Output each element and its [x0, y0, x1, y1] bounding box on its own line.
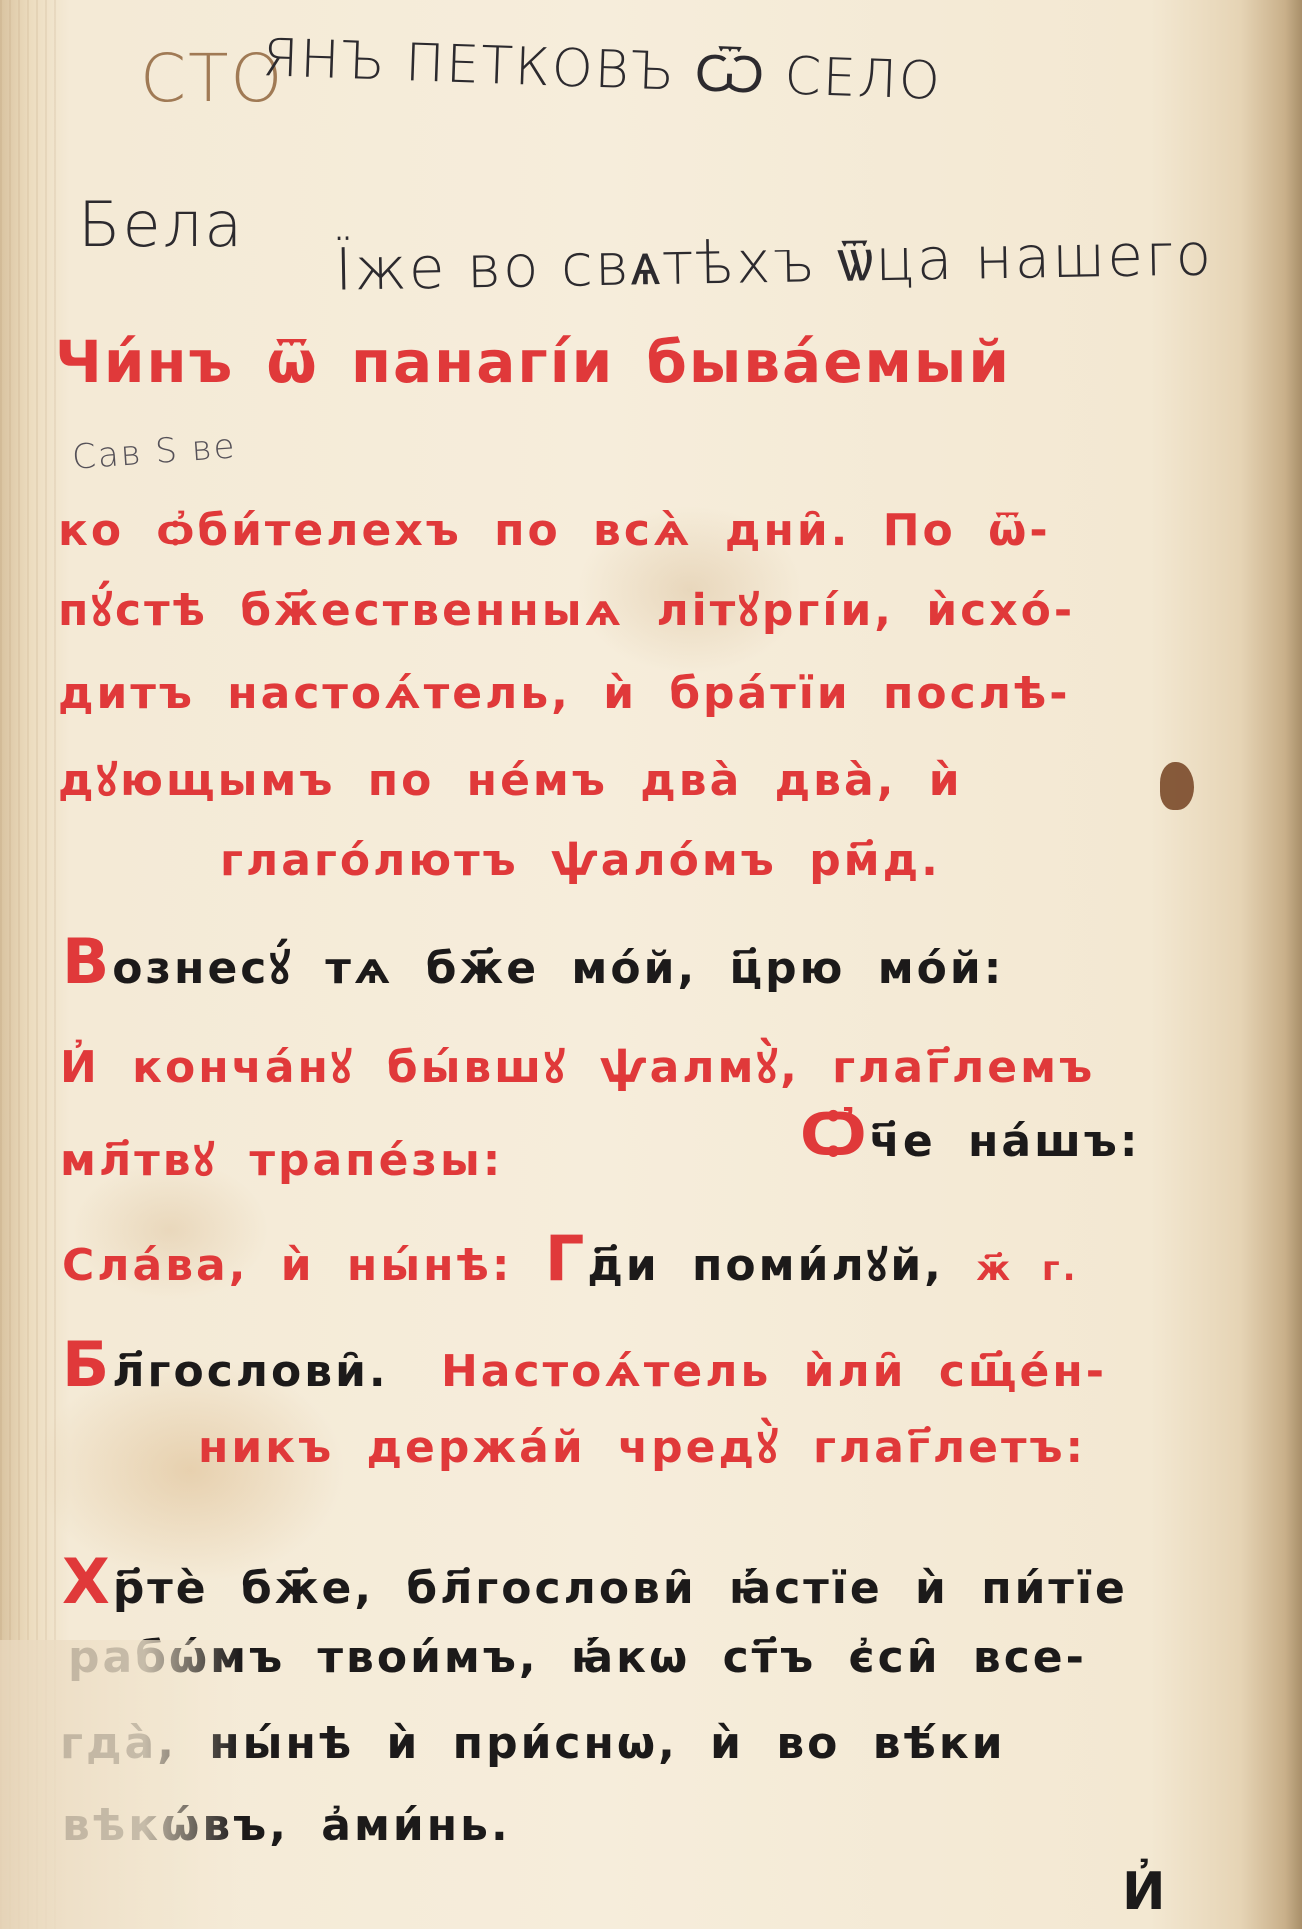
rubric2-line-1: И҆ конча́нꙋ бы́вшꙋ ѱалмꙋ̀, глаг҃лемъ	[60, 1035, 1095, 1095]
handwritten-note-bela: Бела	[78, 188, 244, 261]
our-father-text: ч҃е на́шъ:	[870, 1116, 1141, 1167]
glory-text: Сла́ва, ѝ ны́нѣ:	[62, 1240, 513, 1291]
rubric-priest-text: Настоѧ́тель ѝли̑ сщ҃е́н-	[441, 1346, 1107, 1397]
rubric2-line-2: мл҃твꙋ трапе́зы:	[60, 1128, 503, 1188]
prayer-line-2: рабѡ́мъ твои́мъ, ꙗ҆́кѡ ст҃ъ є҆си̑ все-	[68, 1632, 1087, 1683]
rubric3-line: никъ держа́й чредꙋ̀ глаг҃летъ:	[198, 1415, 1086, 1475]
ink-stain	[1160, 762, 1194, 810]
drop-cap: Х	[62, 1545, 113, 1618]
lord-have-mercy-text: д҃и поми́лꙋй,	[587, 1240, 944, 1291]
glory-line: Сла́ва, ѝ ны́нѣ: Гд҃и поми́лꙋй, ж҃ г.	[62, 1222, 1079, 1295]
scanned-book-page: СТО ЯНЪ ПЕТКОВЪ Ѿ СЕЛО Бела Їже во свѧтѣ…	[0, 0, 1302, 1929]
rubric-line-2: пꙋ́стѣ бж҃ественныѧ літꙋргі́и, ѝсхо́-	[58, 578, 1075, 638]
prayer-line-3: гда̀, ны́нѣ ѝ при́снѡ, ѝ во вѣ́ки	[60, 1718, 1006, 1769]
prayer-text: р҃тѐ бж҃е, бл҃гослови̑ ꙗ҆́стїе ѝ пи́тїе	[113, 1563, 1128, 1614]
our-father-line: Ѻ҆ч҃е на́шъ:	[800, 1098, 1140, 1171]
catchword: И҆	[1122, 1862, 1169, 1922]
drop-cap: Б	[62, 1328, 112, 1401]
rubric-line-5: глаго́лютъ ѱало́мъ рм҃д.	[220, 835, 941, 886]
psalm-line: Вознесꙋ́ тѧ бж҃е мо́й, ц҃рю мо́й:	[62, 925, 1004, 998]
psalm-text: ознесꙋ́ тѧ бж҃е мо́й, ц҃рю мо́й:	[112, 943, 1004, 994]
handwritten-margin-note: Сав Ѕ ве	[71, 426, 238, 477]
page-title: Чи́нъ ѿ панагі́и быва́емый	[55, 328, 1011, 396]
red-initial: Г	[545, 1222, 588, 1295]
handwritten-note-line1: ЯНЪ ПЕТКОВЪ Ѿ СЕЛО	[261, 28, 943, 112]
rubric-line-1: ко ѻ҆би́телехъ по всѧ̀ дни̑. По ѿ-	[58, 505, 1051, 556]
drop-cap: В	[62, 925, 112, 998]
bless-text: л҃гослови̑.	[112, 1346, 388, 1397]
handwritten-note-line2: Їже во свѧтѣхъ ѿца нашего	[334, 220, 1213, 303]
bless-line: Бл҃гослови̑. Настоѧ́тель ѝли̑ сщ҃е́н-	[62, 1328, 1107, 1401]
prayer-line-4: вѣкѡ́въ, а҆ми́нь.	[62, 1800, 511, 1851]
thrice-marker: ж҃ г.	[976, 1249, 1078, 1289]
rubric-line-3: дитъ настоѧ́тель, ѝ бра́тїи послѣ-	[58, 668, 1071, 719]
rubric-line-4: дꙋющымъ по не́мъ два̀ два̀, ѝ	[58, 748, 963, 808]
red-initial: Ѻ҆	[800, 1098, 870, 1171]
prayer-line-1: Хр҃тѐ бж҃е, бл҃гослови̑ ꙗ҆́стїе ѝ пи́тїе	[62, 1545, 1128, 1618]
